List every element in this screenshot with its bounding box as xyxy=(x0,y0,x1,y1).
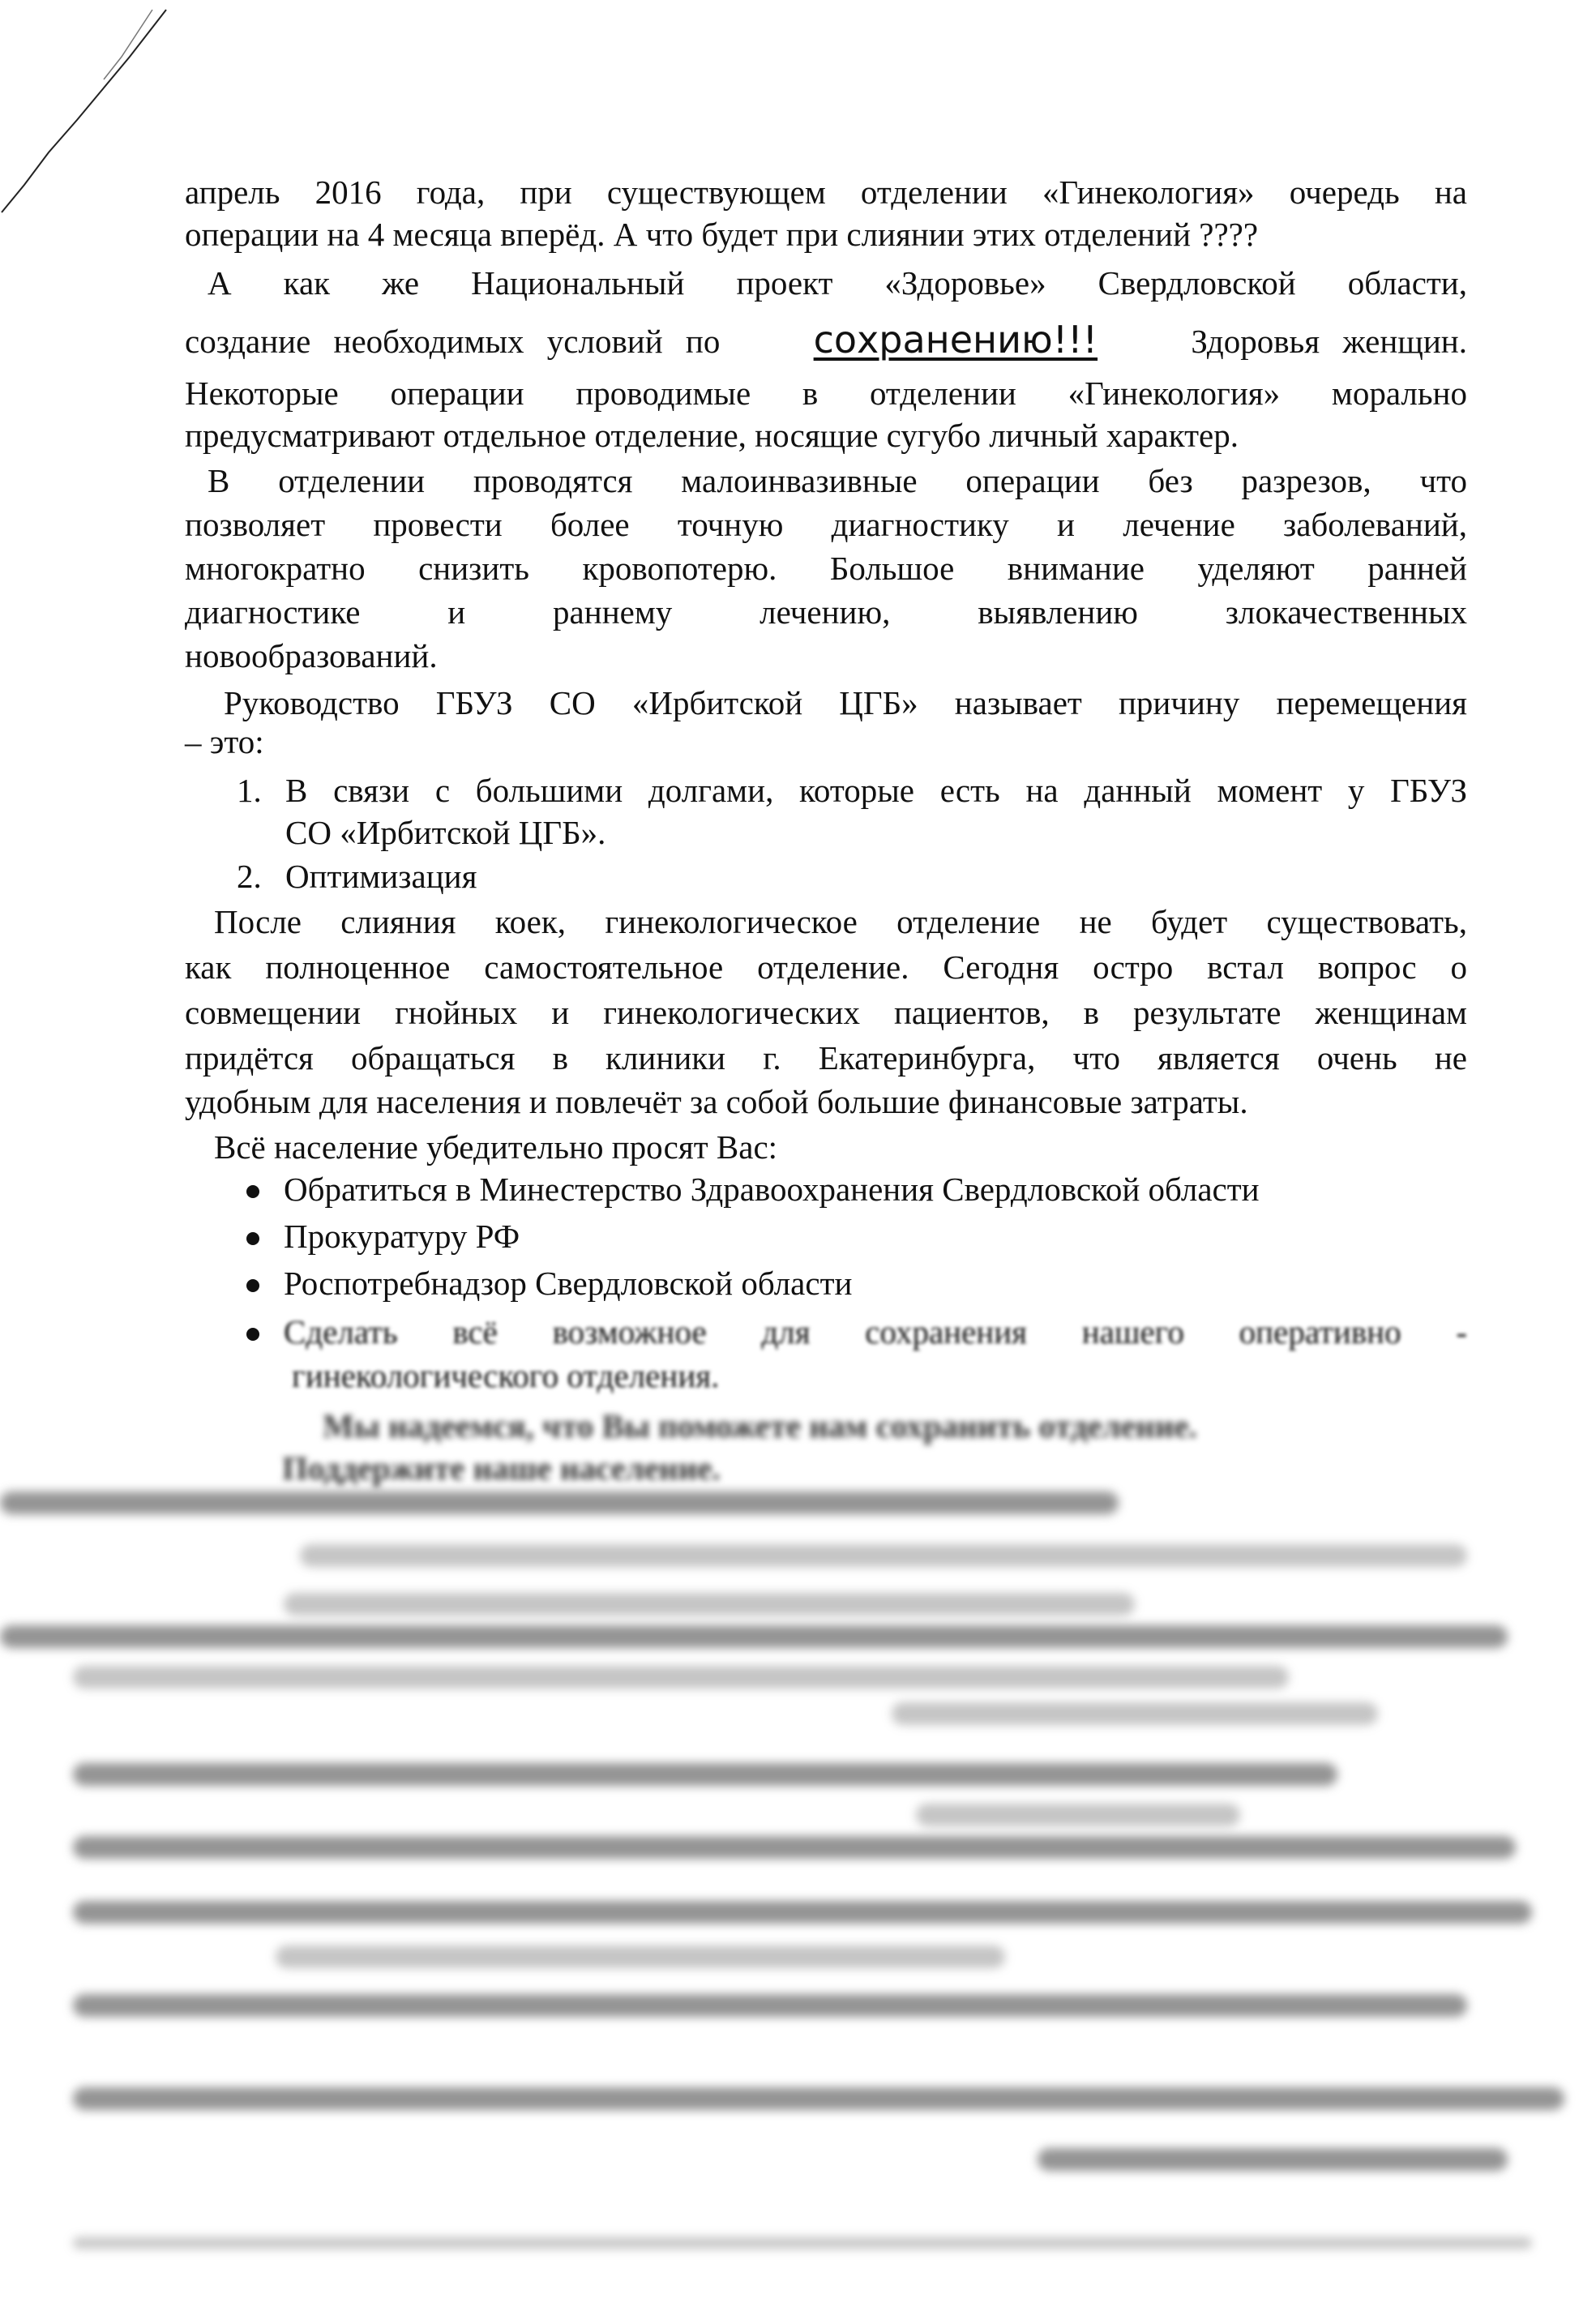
redacted-line xyxy=(1038,2148,1508,2171)
text-line: диагностике и раннему лечению, выявлению… xyxy=(185,590,1467,635)
bullet-item-cont: гинекологического отделения. xyxy=(292,1354,719,1398)
document-page: апрель 2016 года, при существующем отдел… xyxy=(0,0,1596,2320)
bullet-item: Прокуратуру РФ xyxy=(284,1214,520,1259)
closing-line: Поддержите наше население. xyxy=(282,1446,721,1491)
list-number: 1. xyxy=(237,768,262,813)
text-line: Некоторые операции проводимые в отделени… xyxy=(185,371,1467,416)
list-item-cont: СО «Ирбитской ЦГБ». xyxy=(285,811,605,855)
redacted-line xyxy=(73,1994,1467,2017)
text-fragment: создание необходимых условий по xyxy=(185,319,720,364)
text-line: – это: xyxy=(185,720,264,764)
text-fragment: Здоровья женщин. xyxy=(1191,319,1467,364)
closing-line: Мы надеемся, что Вы поможете нам сохрани… xyxy=(323,1404,1197,1449)
text-line: новообразований. xyxy=(185,634,438,678)
text-line: придётся обращаться в клиники г. Екатери… xyxy=(185,1036,1467,1081)
redacted-line xyxy=(0,1492,1119,1514)
redacted-line xyxy=(73,1763,1337,1786)
bullet-icon xyxy=(246,1232,259,1245)
list-item: В связи с большими долгами, которые есть… xyxy=(285,768,1467,813)
list-item: Оптимизация xyxy=(285,854,477,899)
bullet-icon xyxy=(246,1279,259,1292)
text-line: удобным для населения и повлечёт за собо… xyxy=(185,1080,1248,1124)
request-intro: Всё население убедительно просят Вас: xyxy=(214,1125,777,1170)
bullet-icon xyxy=(246,1185,259,1198)
text-line: После слияния коек, гинекологическое отд… xyxy=(214,900,1467,944)
text-line: А как же Национальный проект «Здоровье» … xyxy=(208,261,1467,306)
redacted-line xyxy=(0,1625,1508,1648)
text-line: многократно снизить кровопотерю. Большое… xyxy=(185,546,1467,591)
redacted-line xyxy=(300,1544,1467,1567)
text-line: позволяет провести более точную диагност… xyxy=(185,503,1467,547)
redacted-line xyxy=(892,1702,1378,1725)
bullet-item: Обратиться в Минестерство Здравоохранени… xyxy=(284,1167,1260,1212)
text-line: как полноценное самостоятельное отделени… xyxy=(185,945,1467,990)
redacted-line xyxy=(276,1945,1005,1968)
text-line: совмещении гнойных и гинекологических па… xyxy=(185,991,1467,1035)
text-line: Руководство ГБУЗ СО «Ирбитской ЦГБ» назы… xyxy=(224,681,1467,726)
redacted-line xyxy=(73,1666,1289,1689)
redacted-line xyxy=(73,2087,1564,2110)
text-line: апрель 2016 года, при существующем отдел… xyxy=(185,170,1467,215)
redacted-line xyxy=(284,1593,1135,1616)
text-line: предусматривают отдельное отделение, нос… xyxy=(185,413,1239,458)
bullet-icon xyxy=(246,1328,259,1341)
redacted-line xyxy=(73,1901,1532,1924)
redacted-line xyxy=(73,1836,1516,1859)
text-line-emphasis: создание необходимых условий по сохранен… xyxy=(185,318,1467,364)
pen-stroke-mark xyxy=(0,0,178,227)
text-line: В отделении проводятся малоинвазивные оп… xyxy=(208,459,1467,503)
text-line: операции на 4 месяца вперёд. А что будет… xyxy=(185,212,1258,257)
redacted-line xyxy=(916,1804,1240,1826)
bullet-item: Роспотребнадзор Свердловской области xyxy=(284,1261,852,1306)
emphasized-word: сохранению!!! xyxy=(814,318,1098,362)
list-number: 2. xyxy=(237,854,262,899)
redacted-line xyxy=(73,2237,1532,2249)
bullet-item: Сделать всё возможное для сохранения наш… xyxy=(284,1310,1467,1355)
